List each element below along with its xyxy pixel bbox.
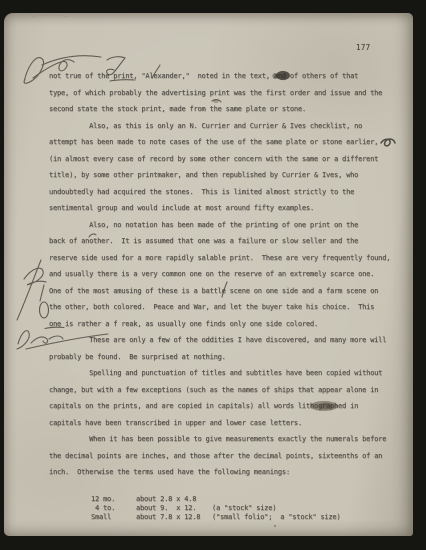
size-term: 12 mo. [91,495,136,504]
typed-line: back of another. It is assumed that one … [49,233,404,250]
size-table: 12 mo. about 2.8 x 4.8 4 to. about 9. x … [91,495,340,522]
manuscript-page: 177 not true of the print, "Alexander," … [4,13,413,536]
size-note: ("small folio"; a "stock" size) [212,513,340,522]
size-table-row: 4 to. about 9. x 12. (a "stock" size) [91,504,340,513]
typed-line: capitals on the prints, and are copied i… [49,398,404,415]
size-table-row: Small about 7.8 x 12.8 ("small folio"; a… [91,513,340,522]
size-note [212,495,340,504]
typed-text-block: not true of the print, "Alexander," note… [49,68,404,481]
typed-line: and usually there is a very common one o… [49,266,404,283]
margin-scrawl-icon [17,260,49,320]
typed-line: capitals have been transcribed in upper … [49,415,404,432]
typed-line: These are only a few of the oddities I h… [49,332,404,349]
typed-line: second state the stock print, made from … [49,101,404,118]
typed-line: When it has been possible to give measur… [49,431,404,448]
scan-frame: 177 not true of the print, "Alexander," … [0,0,426,550]
size-term: Small [91,513,136,522]
size-term: 4 to. [91,504,136,513]
size-dimensions: about 7.8 x 12.8 [136,513,212,522]
typed-line: undoubtedly had acquired the stones. Thi… [49,184,404,201]
paper-speck [274,525,276,527]
typed-line: (in almost every case of record by some … [49,151,404,168]
typed-line: probably be found. Be surprised at nothi… [49,349,404,366]
typed-line: inch. Otherwise the terms used have the … [49,464,404,481]
typed-line: type, of which probably the advertising … [49,85,404,102]
size-note: (a "stock" size) [212,504,340,513]
typed-line: change, but with a few exceptions (such … [49,382,404,399]
typed-line: the other, both colored. Peace and War, … [49,299,404,316]
typed-line: title), by some other printmaker, and th… [49,167,404,184]
typed-line: Spelling and punctuation of titles and s… [49,365,404,382]
page-number: 177 [356,43,370,52]
typed-line: attempt has been made to note cases of t… [49,134,404,151]
typed-line: Also, as this is only an N. Currier and … [49,118,404,135]
size-table-row: 12 mo. about 2.8 x 4.8 [91,495,340,504]
typed-line: not true of the print, "Alexander," note… [49,68,404,85]
size-dimensions: about 2.8 x 4.8 [136,495,212,504]
typed-line: one is rather a f reak, as usually one f… [49,316,404,333]
size-dimensions: about 9. x 12. [136,504,212,513]
typed-line: Also, no notation has been made of the p… [49,217,404,234]
typed-line: One of the most amusing of these is a ba… [49,283,404,300]
typed-line: sentimental group and would include at m… [49,200,404,217]
typed-line: reserve side used for a more rapidly sal… [49,250,404,267]
paper-scratch [32,15,68,17]
typed-line: the decimal points are inches, and those… [49,448,404,465]
